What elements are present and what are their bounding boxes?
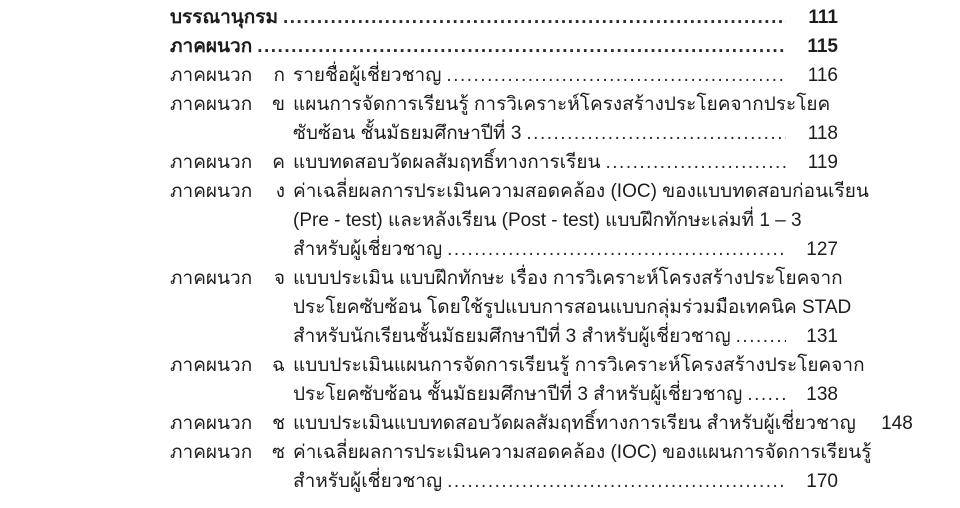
toc-section-row: ภาคผนวก115: [170, 32, 838, 61]
dot-leader: [736, 322, 786, 351]
dot-leader: [447, 467, 786, 496]
section-title: บรรณานุกรม: [170, 3, 278, 32]
appendix-letter: จ: [274, 264, 285, 293]
dot-leader: [526, 119, 786, 148]
page-number: 116: [792, 61, 838, 90]
page-number: [862, 293, 908, 322]
page-number: 118: [792, 119, 838, 148]
entry-text: ค่าเฉลี่ยผลการประเมินความสอดคล้อง (IOC) …: [293, 177, 869, 206]
entry-text: แบบประเมินแผนการจัดการเรียนรู้ การวิเครา…: [293, 351, 865, 380]
toc-entry-row: ภาคผนวกซค่าเฉลี่ยผลการประเมินความสอดคล้อ…: [170, 438, 838, 467]
page-number: 127: [792, 235, 838, 264]
entry-text: แบบทดสอบวัดผลสัมฤทธิ์ทางการเรียน: [293, 148, 601, 177]
appendix-letter: ฉ: [272, 351, 285, 380]
appendix-letter: ซ: [272, 438, 285, 467]
appendix-word: ภาคผนวก: [170, 351, 252, 380]
toc-continuation-row: สำหรับผู้เชี่ยวชาญ170: [170, 467, 838, 496]
appendix-letter: ช: [272, 409, 285, 438]
toc-entry-row: ภาคผนวกกรายชื่อผู้เชี่ยวชาญ116: [170, 61, 838, 90]
appendix-word: ภาคผนวก: [170, 438, 252, 467]
dot-leader: [606, 148, 787, 177]
page-number: [880, 177, 926, 206]
toc-entry-row: ภาคผนวกฉแบบประเมินแผนการจัดการเรียนรู้ ก…: [170, 351, 838, 380]
entry-text: แผนการจัดการเรียนรู้ การวิเคราะห์โครงสร้…: [293, 90, 830, 119]
appendix-label-col: ภาคผนวกก: [170, 61, 293, 90]
toc-continuation-row: (Pre - test) และหลังเรียน (Post - test) …: [170, 206, 838, 235]
appendix-label-col: ภาคผนวกจ: [170, 264, 293, 293]
toc-entry-row: ภาคผนวกชแบบประเมินแบบทดสอบวัดผลสัมฤทธิ์ท…: [170, 409, 838, 438]
appendix-label-col: [170, 206, 293, 235]
page-number: [854, 264, 900, 293]
appendix-letter: ข: [272, 90, 285, 119]
entry-text: ประโยคซับซ้อน ชั้นมัธยมศึกษาปีที่ 3 สำหร…: [293, 380, 742, 409]
appendix-label-col: [170, 380, 293, 409]
appendix-word: ภาคผนวก: [170, 90, 252, 119]
appendix-letter: ค: [272, 148, 285, 177]
appendix-word: ภาคผนวก: [170, 61, 252, 90]
entry-text: ซับซ้อน ชั้นมัธยมศึกษาปีที่ 3: [293, 119, 521, 148]
section-title: ภาคผนวก: [170, 32, 252, 61]
appendix-word: ภาคผนวก: [170, 177, 252, 206]
toc-entry-row: ภาคผนวกขแผนการจัดการเรียนรู้ การวิเคราะห…: [170, 90, 838, 119]
appendix-word: ภาคผนวก: [170, 264, 252, 293]
appendix-label-col: [170, 467, 293, 496]
entry-text: แบบประเมินแบบทดสอบวัดผลสัมฤทธิ์ทางการเรี…: [293, 409, 856, 438]
appendix-label-col: ภาคผนวกข: [170, 90, 293, 119]
page-number: 119: [792, 148, 838, 177]
entry-text: ประโยคซับซ้อน โดยใช้รูปแบบการสอนแบบกลุ่ม…: [293, 293, 851, 322]
appendix-label-col: ภาคผนวกฉ: [170, 351, 293, 380]
dot-leader: [747, 380, 786, 409]
appendix-letter: ก: [273, 61, 285, 90]
toc-appendix-list: บรรณานุกรม111ภาคผนวก115ภาคผนวกกรายชื่อผู…: [170, 3, 838, 496]
entry-text: แบบประเมิน แบบฝึกทักษะ เรื่อง การวิเคราะ…: [293, 264, 843, 293]
toc-continuation-row: สำหรับนักเรียนชั้นมัธยมศึกษาปีที่ 3 สำหร…: [170, 322, 838, 351]
appendix-label-col: [170, 235, 293, 264]
entry-text: รายชื่อผู้เชี่ยวชาญ: [293, 61, 441, 90]
toc-continuation-row: ประโยคซับซ้อน โดยใช้รูปแบบการสอนแบบกลุ่ม…: [170, 293, 838, 322]
page-number: 170: [792, 467, 838, 496]
appendix-word: ภาคผนวก: [170, 409, 252, 438]
entry-text: สำหรับผู้เชี่ยวชาญ: [293, 235, 442, 264]
page-number: [841, 90, 887, 119]
appendix-label-col: [170, 119, 293, 148]
toc-continuation-row: ประโยคซับซ้อน ชั้นมัธยมศึกษาปีที่ 3 สำหร…: [170, 380, 838, 409]
appendix-label-col: ภาคผนวกช: [170, 409, 293, 438]
appendix-label-col: ภาคผนวกซ: [170, 438, 293, 467]
toc-entry-row: ภาคผนวกงค่าเฉลี่ยผลการประเมินความสอดคล้อ…: [170, 177, 838, 206]
appendix-label-col: [170, 322, 293, 351]
appendix-label-col: ภาคผนวกง: [170, 177, 293, 206]
toc-entry-row: ภาคผนวกจแบบประเมิน แบบฝึกทักษะ เรื่อง กา…: [170, 264, 838, 293]
entry-text: ค่าเฉลี่ยผลการประเมินความสอดคล้อง (IOC) …: [293, 438, 871, 467]
entry-text: สำหรับผู้เชี่ยวชาญ: [293, 467, 442, 496]
dot-leader: [447, 235, 786, 264]
page-number: 131: [792, 322, 838, 351]
entry-text: สำหรับนักเรียนชั้นมัธยมศึกษาปีที่ 3 สำหร…: [293, 322, 731, 351]
dot-leader: [446, 61, 786, 90]
toc-entry-row: ภาคผนวกคแบบทดสอบวัดผลสัมฤทธิ์ทางการเรียน…: [170, 148, 838, 177]
page-number: [882, 438, 928, 467]
appendix-word: ภาคผนวก: [170, 148, 252, 177]
page-number: [813, 206, 859, 235]
page-number: 148: [867, 409, 913, 438]
toc-continuation-row: สำหรับผู้เชี่ยวชาญ127: [170, 235, 838, 264]
appendix-label-col: ภาคผนวกค: [170, 148, 293, 177]
dot-leader: [257, 32, 786, 61]
page-number: 138: [792, 380, 838, 409]
entry-text: (Pre - test) และหลังเรียน (Post - test) …: [293, 206, 802, 235]
page-number: [876, 351, 922, 380]
toc-continuation-row: ซับซ้อน ชั้นมัธยมศึกษาปีที่ 3118: [170, 119, 838, 148]
appendix-label-col: [170, 293, 293, 322]
page-number: 111: [792, 3, 838, 32]
toc-section-row: บรรณานุกรม111: [170, 3, 838, 32]
appendix-letter: ง: [276, 177, 285, 206]
dot-leader: [283, 3, 786, 32]
page-number: 115: [792, 32, 838, 61]
